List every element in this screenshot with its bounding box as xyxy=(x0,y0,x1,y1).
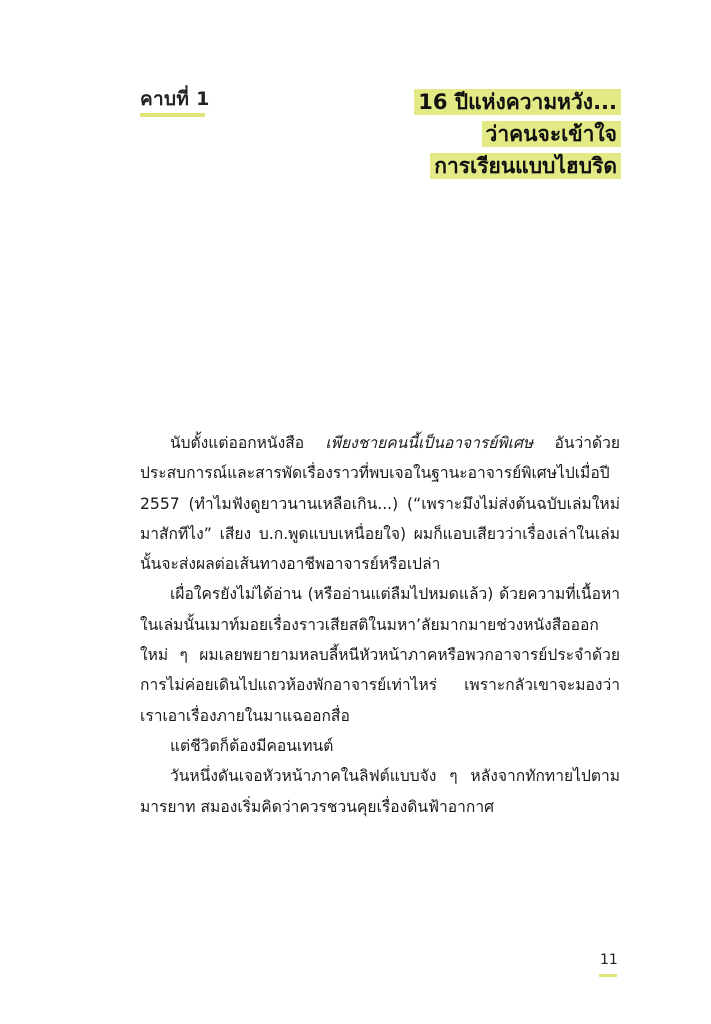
body-text: นับตั้งแต่ออกหนังสือ เพียงชายคนนี้เป็นอา… xyxy=(140,428,620,822)
title-line-3: การเรียนแบบไฮบริด xyxy=(414,154,621,179)
paragraph-1-intro: นับตั้งแต่ออกหนังสือ xyxy=(170,434,325,452)
chapter-underline xyxy=(140,113,205,117)
title-line-2: ว่าคนจะเข้าใจ xyxy=(414,122,621,147)
page-number: 11 xyxy=(600,952,618,968)
chapter-label: คาบที่ 1 xyxy=(140,84,210,114)
paragraph-4: วันหนึ่งดันเจอหัวหน้าภาคในลิฟต์แบบจัง ๆ … xyxy=(140,761,620,822)
book-title: เพียงชายคนนี้เป็นอาจารย์พิเศษ xyxy=(325,434,533,452)
page-number-underline xyxy=(599,974,617,977)
paragraph-2: เผื่อใครยังไม่ได้อ่าน (หรืออ่านแต่ลืมไปห… xyxy=(140,579,620,730)
title-line-1-text: 16 ปีแห่งความหวัง... xyxy=(414,89,621,115)
title-line-1: 16 ปีแห่งความหวัง... xyxy=(414,90,621,115)
paragraph-1: นับตั้งแต่ออกหนังสือ เพียงชายคนนี้เป็นอา… xyxy=(140,428,620,579)
chapter-title: 16 ปีแห่งความหวัง... ว่าคนจะเข้าใจ การเร… xyxy=(414,90,621,186)
paragraph-3: แต่ชีวิตก็ต้องมีคอนเทนต์ xyxy=(140,731,620,761)
paragraph-1-rest: อันว่าด้วยประสบการณ์และสารพัดเรื่องราวที… xyxy=(140,434,620,573)
title-line-2-text: ว่าคนจะเข้าใจ xyxy=(482,121,621,147)
title-line-3-text: การเรียนแบบไฮบริด xyxy=(430,153,621,179)
